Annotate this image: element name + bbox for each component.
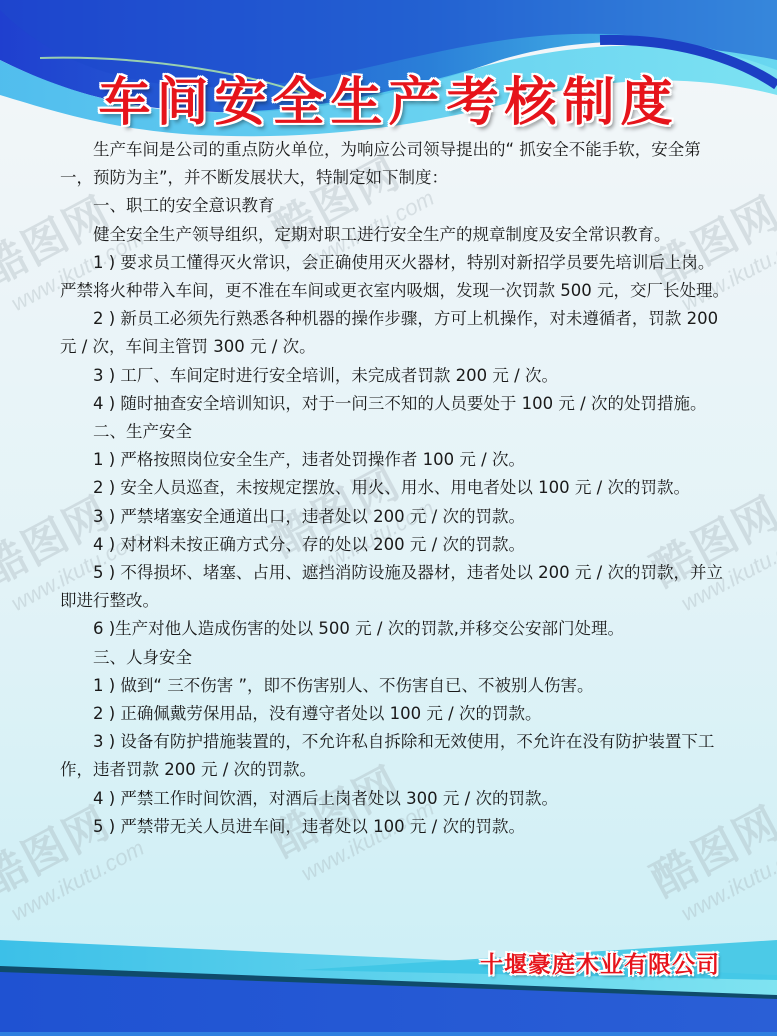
rule-item: 5 ) 严禁带无关人员进车间，违者处以 100 元 / 次的罚款。 (60, 813, 730, 841)
rule-item: 4 ) 严禁工作时间饮酒，对酒后上岗者处以 300 元 / 次的罚款。 (60, 785, 730, 813)
rule-item: 1 ) 要求员工懂得灭火常识，会正确使用灭火器材，特别对新招学员要先培训后上岗。… (60, 249, 730, 305)
rule-item: 4 ) 随时抽查安全培训知识，对于一问三不知的人员要处于 100 元 / 次的处… (60, 390, 730, 418)
rule-item: 2 ) 安全人员巡查，未按规定摆放、用火、用水、用电者处以 100 元 / 次的… (60, 474, 730, 502)
rule-item: 4 ) 对材料未按正确方式分、存的处以 200 元 / 次的罚款。 (60, 531, 730, 559)
company-name: 十堰豪庭木业有限公司 (480, 946, 720, 979)
rule-item: 1 ) 做到“ 三不伤害 ”，即不伤害别人、不伤害自已、不被别人伤害。 (60, 672, 730, 700)
section-heading: 一、职工的安全意识教育 (60, 192, 730, 220)
rule-item: 2 ) 新员工必须先行熟悉各种机器的操作步骤，方可上机操作，对未遵循者，罚款 2… (60, 305, 730, 361)
rule-item: 2 ) 正确佩戴劳保用品，没有遵守者处以 100 元 / 次的罚款。 (60, 700, 730, 728)
section-heading: 二、生产安全 (60, 418, 730, 446)
rule-item: 5 ) 不得损坏、堵塞、占用、遮挡消防设施及器材，违者处以 200 元 / 次的… (60, 559, 730, 615)
intro-paragraph: 生产车间是公司的重点防火单位，为响应公司领导提出的“ 抓安全不能手软，安全第一，… (60, 136, 730, 192)
rule-item: 3 ) 工厂、车间定时进行安全培训，未完成者罚款 200 元 / 次。 (60, 362, 730, 390)
paragraph: 健全安全生产领导组织，定期对职工进行安全生产的规章制度及安全常识教育。 (60, 221, 730, 249)
regulation-body: 生产车间是公司的重点防火单位，为响应公司领导提出的“ 抓安全不能手软，安全第一，… (60, 136, 730, 841)
page-title: 车间安全生产考核制度 (0, 60, 777, 135)
section-heading: 三、人身安全 (60, 644, 730, 672)
rule-item: 3 ) 设备有防护措施装置的，不允许私自拆除和无效使用，不允许在没有防护装置下工… (60, 728, 730, 784)
rule-item: 6 )生产对他人造成伤害的处以 500 元 / 次的罚款,并移交公安部门处理。 (60, 615, 730, 643)
rule-item: 3 ) 严禁堵塞安全通道出口，违者处以 200 元 / 次的罚款。 (60, 503, 730, 531)
rule-item: 1 ) 严格按照岗位安全生产，违者处罚操作者 100 元 / 次。 (60, 446, 730, 474)
